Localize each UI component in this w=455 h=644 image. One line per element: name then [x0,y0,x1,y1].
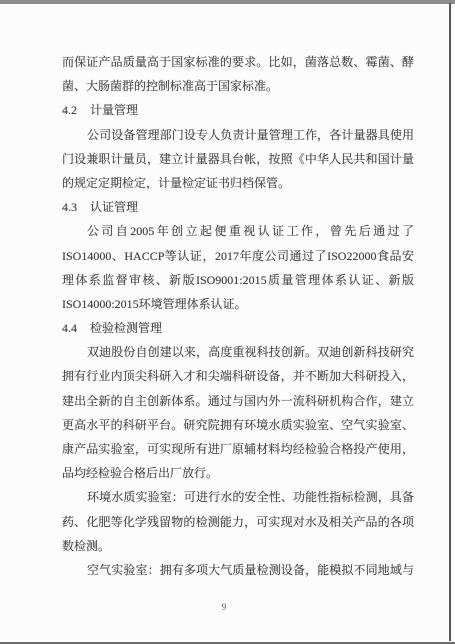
text-line: 公司设备管理部门设专人负责计量管理工作，各计量器具使用部 [62,123,414,147]
heading-title: 计量管理 [90,103,138,117]
text-line: 药、化肥等化学残留物的检测能力，可实现对水及相关产品的各项参 [62,510,414,534]
text-line: 数检测。 [62,534,414,558]
text-line: 更高水平的科研平台。研究院拥有环境水质实验室、空气实验室、健 [62,413,414,437]
heading-number: 4.3 [62,200,77,214]
section-heading: 4.4检验检测管理 [62,316,414,340]
heading-number: 4.4 [62,321,77,335]
heading-title: 检验检测管理 [90,321,162,335]
text-line: ISO14000、HACCP等认证，2017年度公司通过了ISO22000食品安… [62,244,414,268]
section-heading: 4.3认证管理 [62,195,414,219]
page-number: 9 [199,600,249,614]
heading-number: 4.2 [62,103,77,117]
text-line: 而保证产品质量高于国家标准的要求。比如，菌落总数、霉菌、酵母 [62,50,414,74]
scan-edge-right [449,3,451,641]
text-line: 建出全新的自主创新体系。通过与国内外一流科研机构合作，建立起 [62,389,414,413]
text-line: 拥有行业内顶尖科研入才和尖端科研设备，并不断加大科研投入，构 [62,364,414,388]
text-line: 康产品实验室，可实现所有进厂原辅材料均经检验合格投产使用，成 [62,437,414,461]
section-heading: 4.2计量管理 [62,98,414,122]
text-line: 环境水质实验室：可进行水的安全性、功能性指标检测，具备农 [62,485,414,509]
text-line: ISO14000:2015环境管理体系认证。 [62,292,414,316]
text-line: 菌、大肠菌群的控制标准高于国家标准。 [62,74,414,98]
scan-edge-top [0,0,455,4]
text-line: 空气实验室：拥有多项大气质量检测设备，能模拟不同地域与生 [62,558,414,582]
heading-title: 认证管理 [90,200,138,214]
text-line: 公司自2005年创立起便重视认证工作，曾先后通过了ISO9001、 [62,219,414,243]
text-line: 的规定定期检定，计量检定证书归档保管。 [62,171,414,195]
document-body-text: 而保证产品质量高于国家标准的要求。比如，菌落总数、霉菌、酵母菌、大肠菌群的控制标… [62,50,414,582]
text-line: 品均经检验合格后出厂放行。 [62,461,414,485]
scanned-document-page: { "document": { "page_number": "9", "blo… [0,0,455,644]
text-line: 门设兼职计量员，建立计量器具台帐，按照《中华人民共和国计量法》 [62,147,414,171]
text-line: 理体系监督审核、新版ISO9001:2015质量管理体系认证、新版 [62,268,414,292]
text-line: 双迪股份自创建以来，高度重视科技创新。双迪创新科技研究院 [62,340,414,364]
